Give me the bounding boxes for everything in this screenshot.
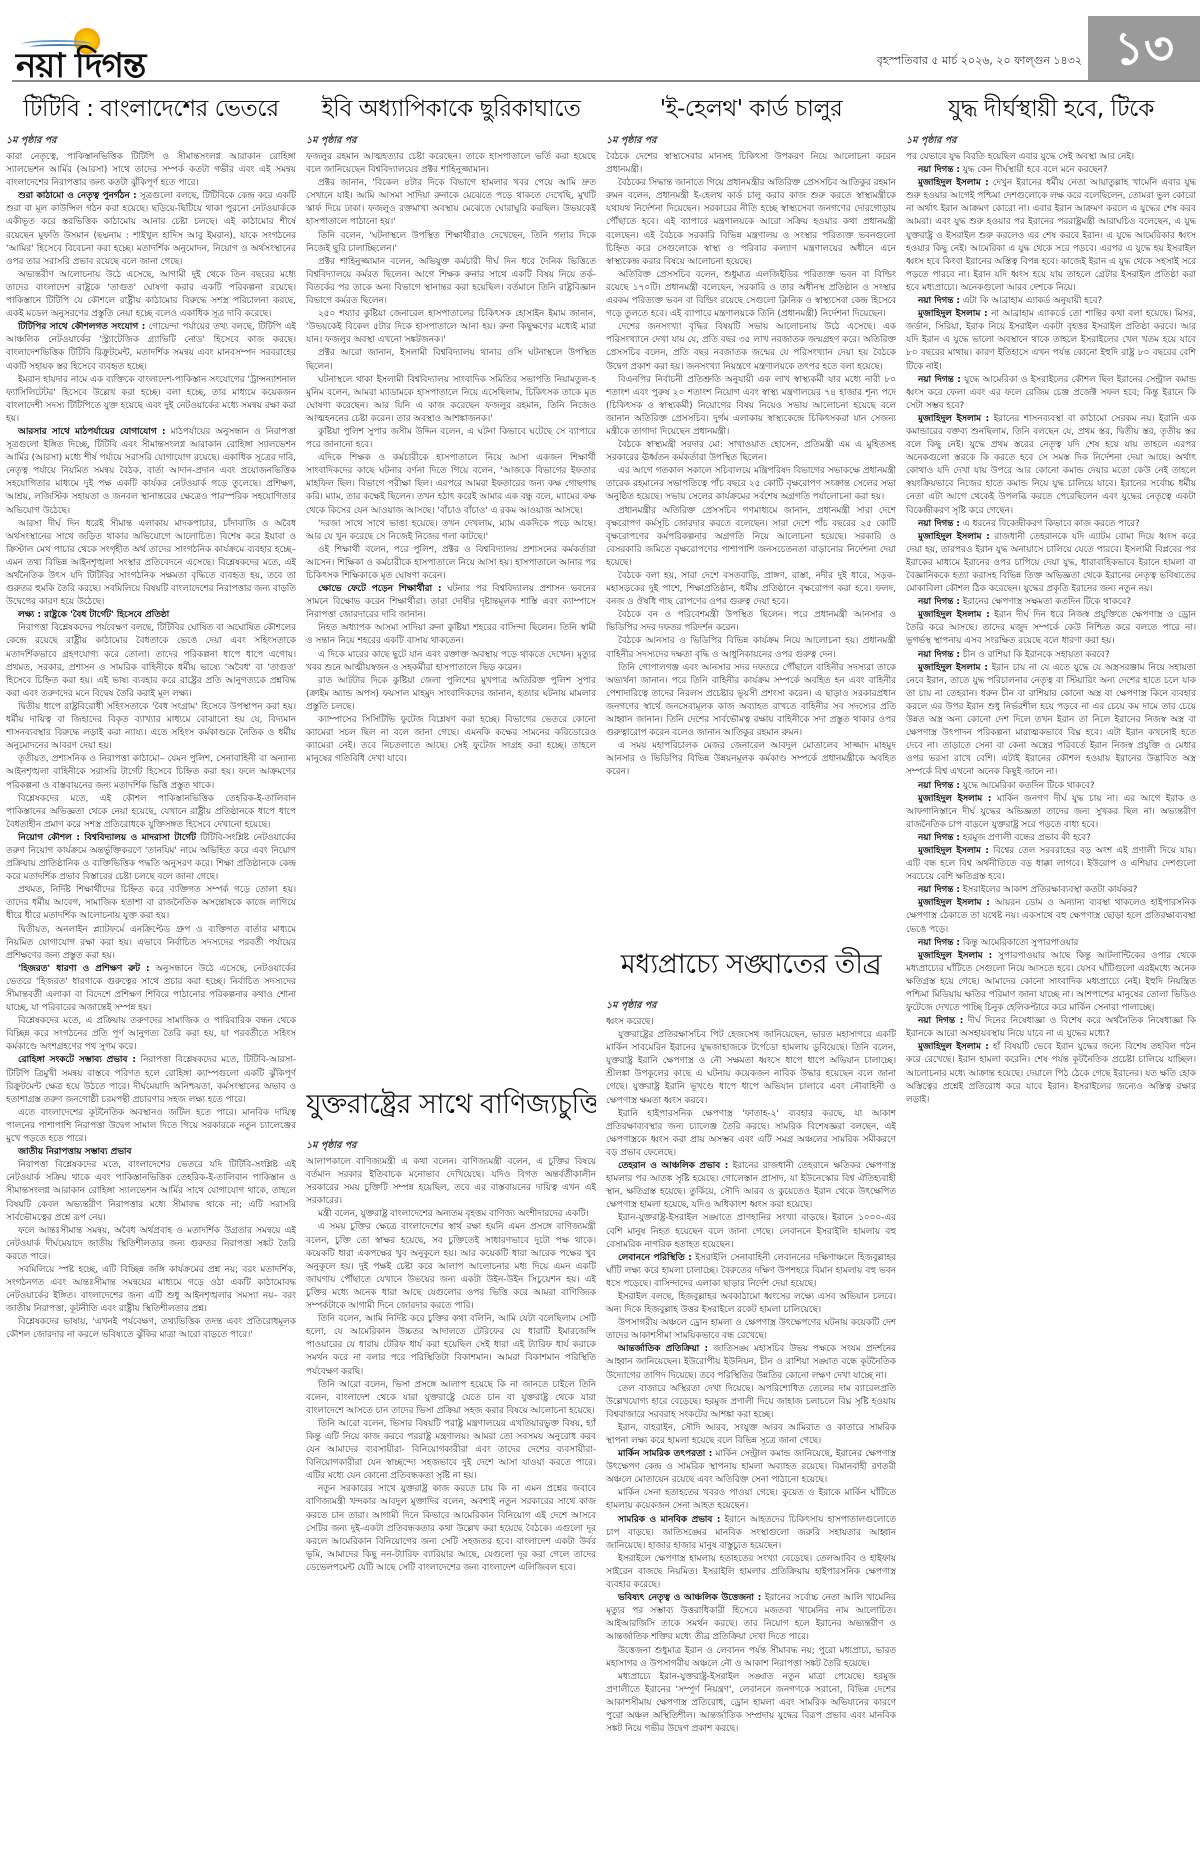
- article-paragraph: ইরান, বাহরাইন, সৌদি আরব, সংযুক্ত আরব আমি…: [606, 1422, 896, 1448]
- article-headline[interactable]: 'ই-হেলথ' কার্ড চালুর: [606, 92, 896, 126]
- paragraph-lead: মুজাহিদুল ইসলাম :: [918, 951, 992, 961]
- article-paragraph: লক্ষ্য : রাষ্ট্রকে 'বৈধ টার্গেট' হিসেবে …: [6, 609, 296, 622]
- paragraph-lead: নয়া দিগন্ত :: [918, 885, 960, 895]
- article-paragraph: বৈঠকে বন ও পরিবেশমন্ত্রী উপস্থিত ছিলেন। …: [606, 609, 896, 635]
- article-paragraph: নতুন সরকারের সাথে যুক্তরাষ্ট্র কাজ করতে …: [306, 1483, 596, 1575]
- article-paragraph: আন্তর্জাতিক প্রতিক্রিয়া : জাতিসঙ্ঘ মহাস…: [606, 1343, 896, 1382]
- paragraph-lead: লেবাননে পরিস্থিতি :: [618, 1253, 692, 1263]
- section-subhead: লক্ষ্য : রাষ্ট্রকে 'বৈধ টার্গেট' হিসেবে …: [18, 610, 169, 620]
- article-paragraph: জাতীয় নিরাপত্তায় সম্ভাব্য প্রভাব: [6, 1146, 296, 1159]
- article-paragraph: তৃতীয়ত, প্রশাসনিক ও নিরাপত্তা কাঠামো– য…: [6, 753, 296, 792]
- masthead: নয়া দিগন্ত বৃহস্পতিবার ৫ মার্চ ২০২৬, ২০…: [0, 0, 1200, 82]
- article-paragraph: তিনি গোপালগঞ্জ এবং আনসার সদর দফতরে পৌঁছা…: [606, 662, 896, 741]
- article-paragraph: ক্যাম্পাসের সিসিটিভি ফুটেজ বিশ্লেষণ করা …: [306, 714, 596, 766]
- article-paragraph: ইমরান হায়দার নামে এক ব্যক্তিকে বাংলাদেশ…: [6, 374, 296, 426]
- article-paragraph: তিনি বলেন, আমি নির্দিষ্ট করে চুক্তির কথা…: [306, 1313, 596, 1378]
- article-paragraph: বিশ্লেষকদের মতে, এই কৌশল পাকিস্তানভিত্তি…: [6, 793, 296, 832]
- article-paragraph: বৈঠকে আনসার ও ভিডিপির বিভিন্ন কার্যক্রম …: [606, 635, 896, 661]
- article-paragraph: মুজাহিদুল ইসলাম : ইরান দীর্ঘ দিন ধরে নিজ…: [906, 609, 1196, 648]
- paragraph-lead: মুজাহিদুল ইসলাম :: [918, 309, 988, 319]
- continued-from-label: ১ম পৃষ্ঠার পর: [306, 1139, 596, 1154]
- article-paragraph: এ দিকে মারের কাছে ছুটে যান এবং রক্তাক্ত …: [306, 649, 596, 675]
- continued-from-label: ১ম পৃষ্ঠার পর: [906, 134, 1196, 149]
- article-paragraph: ইসরাইল বলছে, হিজবুল্লাহর অবকাঠামো ধ্বংসে…: [606, 1291, 896, 1317]
- dateline: বৃহস্পতিবার ৫ মার্চ ২০২৬, ২০ ফাল্গুন ১৪৩…: [877, 52, 1082, 71]
- paragraph-lead: মুজাহিদুল ইসলাম :: [918, 532, 990, 542]
- column-1: টিটিবি : বাংলাদেশের ভেতরে ১ম পৃষ্ঠার পর …: [6, 86, 296, 1861]
- article-paragraph: মার্কিন সামরিক তৎপরতা : মার্কিন সেন্ট্রা…: [606, 1448, 896, 1487]
- paragraph-lead: নয়া দিগন্ত :: [918, 781, 960, 791]
- paragraph-lead: আরসার সাথে মাঠপর্যায়ের যোগাযোগ :: [18, 427, 166, 437]
- paragraph-lead: নিয়োগ কৌশল : বিশ্ববিদ্যালয় ও মাদরাসা ট…: [18, 833, 196, 843]
- article-paragraph: বৈঠকে স্বাস্থ্যমন্ত্রী সরদার মো: সাখাওয়…: [606, 439, 896, 465]
- column-4: যুদ্ধ দীর্ঘস্থায়ী হবে, টিকে ১ম পৃষ্ঠার …: [906, 86, 1196, 1861]
- article-paragraph: বৈঠকে বলা হয়, সারা দেশে বসতবাড়ি, প্রাঙ…: [606, 570, 896, 609]
- article-paragraph: ইসরাইলে ক্ষেপণাস্ত্র হামলায় হতাহতের সংখ…: [606, 1553, 896, 1592]
- paragraph-lead: নয়া দিগন্ত :: [918, 597, 960, 607]
- article-paragraph: অভ্যন্তরীণ আলোচনায় উঠে এসেছে, আগামী দুই…: [6, 269, 296, 321]
- paragraph-lead: শুরা কাঠামো ও নেতৃত্ব পুনর্গঠন :: [18, 191, 137, 201]
- article-paragraph: বৈঠকে দেশের স্বাস্থ্যসেবার মানসহ চিকিৎসা…: [606, 151, 896, 177]
- masthead-divider: [12, 80, 1200, 82]
- column-2: ইবি অধ্যাপিকাকে ছুরিকাঘাতে ১ম পৃষ্ঠার পর…: [306, 86, 596, 1861]
- article-paragraph: বিএনপির নির্বাচনী প্রতিশ্রুতি অনুযায়ী এ…: [606, 374, 896, 439]
- article-paragraph: প্রথমত, নির্দিষ্ট শিক্ষার্থীদের চিহ্নিত …: [6, 884, 296, 923]
- article-paragraph: মার্কিন সেনা হতাহতের খবরও পাওয়া গেছে। ক…: [606, 1487, 896, 1513]
- article-body: কারা নেতৃত্বে, পাকিস্তানভিত্তিক টিটিপি ও…: [6, 151, 296, 1343]
- article-headline[interactable]: যুক্তরাষ্ট্রের সাথে বাণিজ্যচুক্তি: [306, 1085, 596, 1125]
- article-paragraph: নিরাপত্তা বিশ্লেষকদের মতে, বাংলাদেশের ভে…: [6, 1159, 296, 1224]
- continued-from-label: ১ম পৃষ্ঠার পর: [6, 134, 296, 149]
- paragraph-lead: নয়া দিগন্ত :: [918, 296, 960, 306]
- article-war-interview: যুদ্ধ দীর্ঘস্থায়ী হবে, টিকে ১ম পৃষ্ঠার …: [906, 86, 1196, 1107]
- article-ehealth: 'ই-হেলথ' কার্ড চালুর ১ম পৃষ্ঠার পর বৈঠকে…: [606, 86, 896, 931]
- newspaper-logo[interactable]: নয়া দিগন্ত: [12, 22, 212, 72]
- paragraph-lead: মুজাহিদুল ইসলাম :: [918, 663, 988, 673]
- continued-from-label: ১ম পৃষ্ঠার পর: [606, 134, 896, 149]
- article-paragraph: লেবাননে পরিস্থিতি : ইসরাইলি সেনাবাহিনী ল…: [606, 1252, 896, 1291]
- article-paragraph: নয়া দিগন্ত : ইসরাইলের আকাশ প্রতিরক্ষাব্…: [906, 884, 1196, 897]
- article-paragraph: উপসাগরীয় অঞ্চলে ড্রোন হামলা ও ক্ষেপণাস্…: [606, 1317, 896, 1343]
- article-paragraph: আরসা দীর্ঘ দিন ধরেই সীমান্ত এলাকায় মাদক…: [6, 518, 296, 610]
- paragraph-lead: নয়া দিগন্ত :: [918, 375, 961, 385]
- page-columns: টিটিবি : বাংলাদেশের ভেতরে ১ম পৃষ্ঠার পর …: [6, 86, 1196, 1861]
- paragraph-lead: মুজাহিদুল ইসলাম :: [918, 846, 989, 856]
- article-headline[interactable]: মধ্যপ্রাচ্যে সঙ্ঘাতের তীব্র: [606, 945, 896, 985]
- article-paragraph: মুজাহিদুল ইসলাম : বিশ্বের তেল সরবরাহের ব…: [906, 845, 1196, 884]
- paragraph-lead: ভবিষ্যৎ নেতৃত্ব ও আঞ্চলিক উত্তেজনা :: [618, 1593, 761, 1603]
- article-iu-attack: ইবি অধ্যাপিকাকে ছুরিকাঘাতে ১ম পৃষ্ঠার পর…: [306, 86, 596, 1071]
- article-paragraph: আরসার সাথে মাঠপর্যায়ের যোগাযোগ : মাঠপর্…: [6, 426, 296, 518]
- article-paragraph: উত্তেজনা শুধুমাত্র ইরান ও লেবানন পর্যন্ত…: [606, 1645, 896, 1671]
- article-paragraph: নিয়োগ কৌশল : বিশ্ববিদ্যালয় ও মাদরাসা ট…: [6, 832, 296, 884]
- article-paragraph: প্রক্টর শাহিনুজ্জামান বলেন, অভিযুক্ত কর্…: [306, 256, 596, 308]
- article-paragraph: নয়া দিগন্ত : যুদ্ধ কেন দীর্ঘস্থায়ী হবে…: [906, 164, 1196, 177]
- article-paragraph: নয়া দিগন্ত : ইরানের ক্ষেপণাস্ত্র সক্ষমত…: [906, 596, 1196, 609]
- paragraph-lead: মুজাহিদুল ইসলাম :: [918, 898, 990, 908]
- article-paragraph: দ্বিতীয় ধাপে রাষ্ট্রবিরোধী সহিংসতাকে 'ব…: [6, 701, 296, 753]
- article-paragraph: যুক্তরাষ্ট্রের প্রতিরক্ষাসচিব পিট হেজসেথ…: [606, 1029, 896, 1108]
- paragraph-lead: আন্তর্জাতিক প্রতিক্রিয়া :: [618, 1344, 708, 1354]
- article-paragraph: ধ্বংস করেছে।: [606, 1016, 896, 1029]
- article-paragraph: মুজাহিদুল ইসলাম : দেখুন ইরানের ধর্মীয় ন…: [906, 177, 1196, 295]
- continued-from-label: ১ম পৃষ্ঠার পর: [306, 134, 596, 149]
- article-paragraph: নয়া দিগন্ত : চীন ও রাশিয়া কি ইরানকে সহ…: [906, 649, 1196, 662]
- article-paragraph: মুজাহিদুল ইসলাম : মার্কিন জনগণ দীর্ঘ যুদ…: [906, 793, 1196, 832]
- paragraph-lead: ক্ষোভে ফেটে পড়েন শিক্ষার্থীরা :: [318, 584, 442, 594]
- paragraph-lead: রোহিঙ্গা সংকটে সম্ভাব্য প্রভাব :: [18, 1055, 136, 1065]
- article-paragraph: মুজাহিদুল ইসলাম : রাজধানী তেহরানকে যদি এ…: [906, 531, 1196, 596]
- paragraph-lead: নয়া দিগন্ত :: [918, 650, 960, 660]
- article-ttb: টিটিবি : বাংলাদেশের ভেতরে ১ম পৃষ্ঠার পর …: [6, 86, 296, 1343]
- article-paragraph: তেহরান ও আঞ্চলিক প্রভাব : ইরানের রাজধানী…: [606, 1160, 896, 1212]
- article-paragraph: ঘটনাস্থলে থাকা ইসলামী বিশ্ববিদ্যালয় সাং…: [306, 374, 596, 426]
- article-headline[interactable]: টিটিবি : বাংলাদেশের ভেতরে: [6, 92, 296, 126]
- article-paragraph: কুষ্টিয়া পুলিশ সুপার জসীম উদ্দিন বলেন, …: [306, 426, 596, 452]
- paragraph-lead: টিটিপির সাথে কৌশলগত সংযোগ :: [18, 322, 145, 332]
- article-paragraph: ইরানি হাইপারসনিক ক্ষেপণাস্ত্র 'ফাতাহ-২' …: [606, 1108, 896, 1160]
- article-paragraph: নয়া দিগন্ত : কিন্তু আমেরিকাতো সুপারপাওয…: [906, 937, 1196, 950]
- article-paragraph: এ সময় চুক্তির ক্ষেত্রে বাংলাদেশের স্বার…: [306, 1221, 596, 1313]
- article-paragraph: আলাপকালে বাণিজ্যমন্ত্রী এ কথা বলেন। বাণি…: [306, 1156, 596, 1208]
- column-3: 'ই-হেলথ' কার্ড চালুর ১ম পৃষ্ঠার পর বৈঠকে…: [606, 86, 896, 1861]
- article-paragraph: সবমিলিয়ে স্পষ্ট হচ্ছে, এটি বিচ্ছিন্ন জঙ…: [6, 1264, 296, 1316]
- article-paragraph: 'হিজরত' ধারণা ও প্রশিক্ষণ রুট : অনুসন্ধা…: [6, 963, 296, 1015]
- continued-from-label: ১ম পৃষ্ঠার পর: [606, 999, 896, 1014]
- article-paragraph: প্রক্টর আরো জানান, ইসলামী বিশ্ববিদ্যালয়…: [306, 347, 596, 373]
- page-number: ১৩: [1088, 16, 1200, 80]
- article-paragraph: রোহিঙ্গা সংকটে সম্ভাব্য প্রভাব : নিরাপত্…: [6, 1054, 296, 1106]
- article-paragraph: প্রক্টর জানান, 'বিকেল ৪টার দিকে বিভাগে হ…: [306, 177, 596, 229]
- paragraph-lead: মুজাহিদুল ইসলাম :: [918, 794, 991, 804]
- article-paragraph: এ সময় মহাপরিচালক মেজর জেনারেল আবদুল মোত…: [606, 740, 896, 779]
- paragraph-lead: নয়া দিগন্ত :: [918, 833, 960, 843]
- article-body: পর যেভাবে যুদ্ধ বিরতি হয়েছিল এবার যুদ্ধ…: [906, 151, 1196, 1107]
- article-paragraph: মুজাহিদুল ইসলাম : ইরানের শাসনব্যবস্থা বা…: [906, 413, 1196, 518]
- paragraph-lead: নয়া দিগন্ত :: [918, 1016, 963, 1026]
- article-headline[interactable]: ইবি অধ্যাপিকাকে ছুরিকাঘাতে: [306, 92, 596, 126]
- article-paragraph: নয়া দিগন্ত : এ ধরনের বিকেন্দ্রীকরণ কিভা…: [906, 518, 1196, 531]
- paragraph-lead: মার্কিন সামরিক তৎপরতা :: [618, 1449, 712, 1459]
- article-paragraph: মুজাহিদুল ইসলাম : সুপারপাওয়ার আছে কিন্ত…: [906, 950, 1196, 1015]
- article-paragraph: মুজাহিদুল ইসলাম : না আব্রাহাম এ্যাকর্ডে …: [906, 308, 1196, 373]
- article-paragraph: তিনি আরো বলেন, ভিসার বিষয়টি পরাষ্ট্র মন…: [306, 1418, 596, 1483]
- paragraph-lead: মুজাহিদুল ইসলাম :: [918, 178, 989, 188]
- article-paragraph: ভবিষ্যৎ নেতৃত্ব ও আঞ্চলিক উত্তেজনা : ইরা…: [606, 1592, 896, 1644]
- article-paragraph: ২৫০ শয্যার কুষ্টিয়া জেনারেল হাসপাতালের …: [306, 308, 596, 347]
- paragraph-lead: মুজাহিদুল ইসলাম :: [918, 1042, 989, 1052]
- article-body: ধ্বংস করেছে।যুক্তরাষ্ট্রের প্রতিরক্ষাসচি…: [606, 1016, 896, 1736]
- article-paragraph: সামরিক ও মানবিক প্রভাব : ইরানে আহতদের চি…: [606, 1514, 896, 1553]
- section-subhead: জাতীয় নিরাপত্তায় সম্ভাব্য প্রভাব: [18, 1147, 131, 1157]
- article-paragraph: ইরান-যুক্তরাষ্ট্র-ইসরাইল সঙ্ঘাতে প্রাণহা…: [606, 1212, 896, 1251]
- paragraph-lead: নয়া দিগন্ত :: [918, 519, 960, 529]
- article-paragraph: মন্ত্রী বলেন, যুক্তরাষ্ট্র বাংলাদেশের অন…: [306, 1208, 596, 1221]
- article-paragraph: তিনি বলেন, 'ঘটনাস্থলে উপস্থিত শিক্ষার্থী…: [306, 230, 596, 256]
- article-headline[interactable]: যুদ্ধ দীর্ঘস্থায়ী হবে, টিকে: [906, 92, 1196, 126]
- article-body: আলাপকালে বাণিজ্যমন্ত্রী এ কথা বলেন। বাণি…: [306, 1156, 596, 1575]
- article-paragraph: বিশ্লেষকদের মতে, এ প্রক্রিয়ায় তরুণদের …: [6, 1015, 296, 1054]
- article-paragraph: মুজাহিদুল ইসলাম : হাঁ বিষয়টি ভেবে ইরান …: [906, 1041, 1196, 1106]
- article-paragraph: তেল বাজারে অস্থিরতা দেখা দিয়েছে। অপরিশো…: [606, 1383, 896, 1422]
- article-paragraph: নয়া দিগন্ত : দীর্ঘ দিনের নিষেধাজ্ঞা ও ব…: [906, 1015, 1196, 1041]
- article-paragraph: নয়া দিগন্ত : যুদ্ধে আমেরিকা ও ইসরাইলের …: [906, 374, 1196, 413]
- article-paragraph: এদিকে শিক্ষক ও কর্মচারীকে হাসপাতালে নিয়…: [306, 452, 596, 517]
- article-paragraph: পর যেভাবে যুদ্ধ বিরতি হয়েছিল এবার যুদ্ধ…: [906, 151, 1196, 164]
- article-paragraph: অতিরিক্ত প্রেসসচিব বলেন, শুধুমাত্র এলজিই…: [606, 269, 896, 321]
- paragraph-lead: নয়া দিগন্ত :: [918, 165, 960, 175]
- article-paragraph: তিনি আরো বলেন, ভিসা প্রসঙ্গে আলাপ হয়েছে…: [306, 1379, 596, 1418]
- article-body: ফজলুর রহমান আত্মহত্যার চেষ্টা করেছেন। তা…: [306, 151, 596, 766]
- article-paragraph: 'দরজা সাথে সাথে ভাঙা হয়েছে। তখন দেখলাম,…: [306, 518, 596, 544]
- article-paragraph: মধ্যপ্রাচ্যে ইরান-যুক্তরাষ্ট্র-ইসরাইল সঙ…: [606, 1671, 896, 1736]
- paragraph-lead: মুজাহিদুল ইসলাম :: [918, 414, 989, 424]
- article-paragraph: নিরাপত্তা বিশ্লেষকদের পর্যবেক্ষণ বলছে, ট…: [6, 622, 296, 701]
- article-paragraph: নয়া দিগন্ত : যুদ্ধে আমেরিকা কতদিন টিকে …: [906, 780, 1196, 793]
- article-paragraph: মুজাহিদুল ইসলাম : আয়রন ডোম ও অন্যান্য ব…: [906, 897, 1196, 936]
- article-mideast: মধ্যপ্রাচ্যে সঙ্ঘাতের তীব্র ১ম পৃষ্ঠার প…: [606, 931, 896, 1736]
- paragraph-lead: সামরিক ও মানবিক প্রভাব :: [618, 1515, 720, 1525]
- article-paragraph: বিশ্লেষকদের ভাষায়, 'এখনই পর্যবেক্ষণ, তথ…: [6, 1316, 296, 1342]
- article-paragraph: ফলে আন্তঃসীমান্ত সমন্বয়, অবৈধ অর্থপ্রবা…: [6, 1225, 296, 1264]
- paragraph-lead: 'হিজরত' ধারণা ও প্রশিক্ষণ রুট :: [18, 964, 150, 974]
- article-paragraph: ক্ষোভে ফেটে পড়েন শিক্ষার্থীরা : ঘটনার প…: [306, 583, 596, 622]
- article-paragraph: দেশের জনসংখ্যা বৃদ্ধির বিষয়টি সভায় আলো…: [606, 321, 896, 373]
- paragraph-lead: মুজাহিদুল ইসলাম :: [918, 610, 990, 620]
- article-paragraph: প্রধানমন্ত্রীর অতিরিক্ত প্রেসসচিব গণমাধ্…: [606, 505, 896, 570]
- article-paragraph: এতে বাংলাদেশের কূটনৈতিক অবস্থানও জটিল হত…: [6, 1107, 296, 1146]
- article-paragraph: বৈঠকের সিদ্ধান্ত জানাতে গিয়ে প্রধানমন্ত…: [606, 177, 896, 269]
- article-paragraph: এর আগে গতকাল সকালে সচিবালয়ে মন্ত্রিপরিষ…: [606, 465, 896, 504]
- article-paragraph: দ্বিতীয়ত, অনলাইন প্ল্যাটফর্মে এনক্রিপ্ট…: [6, 924, 296, 963]
- article-paragraph: শুরা কাঠামো ও নেতৃত্ব পুনর্গঠন : সূত্রগু…: [6, 190, 296, 269]
- article-paragraph: নিহত অধ্যাপক আসমা সাদিয়া রুনা কুষ্টিয়া…: [306, 622, 596, 648]
- article-body: বৈঠকে দেশের স্বাস্থ্যসেবার মানসহ চিকিৎসা…: [606, 151, 896, 780]
- article-paragraph: নয়া দিগন্ত : হরমুজ প্রণালী বন্ধের প্রভা…: [906, 832, 1196, 845]
- article-paragraph: টিটিপির সাথে কৌশলগত সংযোগ : গোয়েন্দা পর…: [6, 321, 296, 373]
- article-paragraph: মুজাহিদুল ইসলাম : ইরান চায় না যে এতে যু…: [906, 662, 1196, 780]
- article-paragraph: রাত আটটার দিকে কুষ্টিয়া জেলা পুলিশের মু…: [306, 675, 596, 714]
- article-paragraph: কারা নেতৃত্বে, পাকিস্তানভিত্তিক টিটিপি ও…: [6, 151, 296, 190]
- paragraph-lead: তেহরান ও আঞ্চলিক প্রভাব :: [618, 1161, 728, 1171]
- article-paragraph: ফজলুর রহমান আত্মহত্যার চেষ্টা করেছেন। তা…: [306, 151, 596, 177]
- article-paragraph: নয়া দিগন্ত : এটা কি আব্রাহাম এ্যাকর্ড অ…: [906, 295, 1196, 308]
- article-trade-deal: যুক্তরাষ্ট্রের সাথে বাণিজ্যচুক্তি ১ম পৃষ…: [306, 1071, 596, 1575]
- paragraph-lead: নয়া দিগন্ত :: [918, 938, 960, 948]
- article-paragraph: ওই শিক্ষার্থী বলেন, পরে পুলিশ, প্রক্টর ও…: [306, 544, 596, 583]
